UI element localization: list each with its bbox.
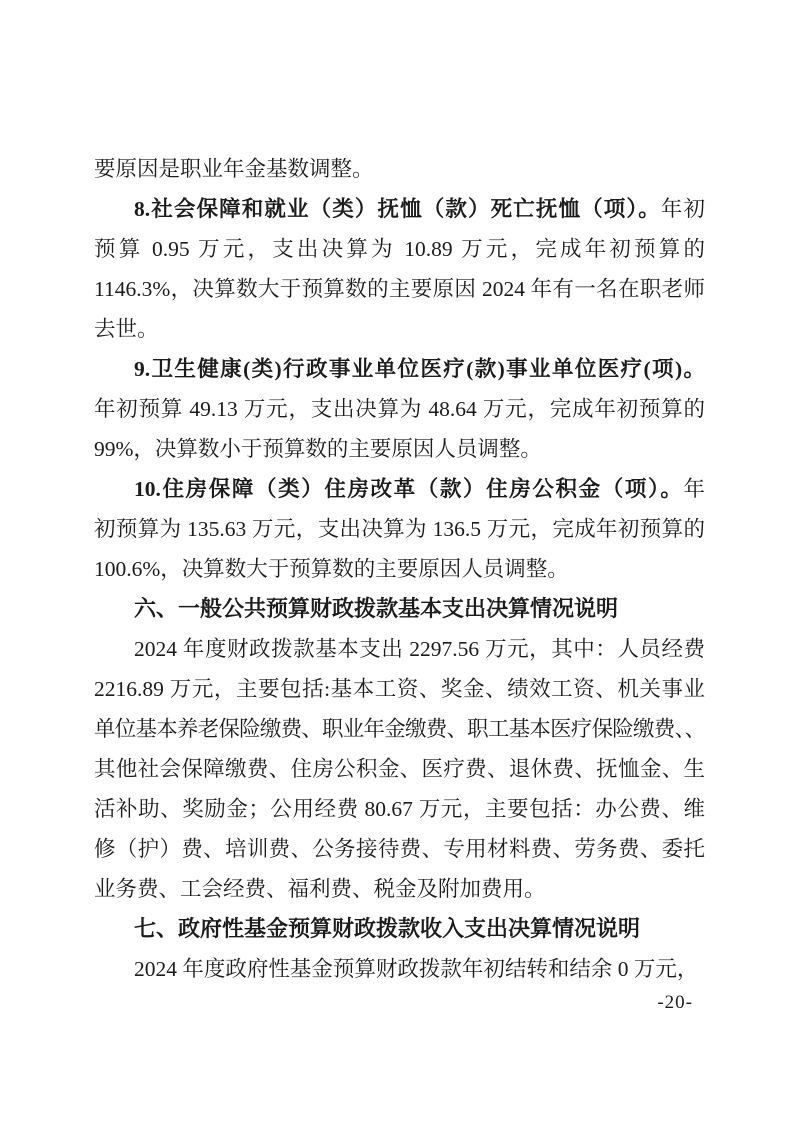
text-run: 年初 <box>661 197 705 221</box>
document-page: 要原因是职业年金基数调整。 8.社会保障和就业（类）抚恤（款）死亡抚恤（项）。年… <box>0 0 793 1122</box>
para-pension-adjustment-end-line: 要原因是职业年金基数调整。 <box>94 149 705 189</box>
page-body: 要原因是职业年金基数调整。 8.社会保障和就业（类）抚恤（款）死亡抚恤（项）。年… <box>94 149 705 989</box>
text-run: 去世。 <box>94 317 159 341</box>
section-7-heading-text: 七、政府性基金预算财政拨款收入支出决算情况说明 <box>134 916 640 941</box>
item-10-body-line: 初预算为 135.63 万元，支出决算为 136.5 万元，完成年初预算的 <box>94 509 705 549</box>
text-run: 活补助、奖励金；公用经费 80.67 万元，主要包括：办公费、维 <box>94 797 705 821</box>
item-9-heading-line: 9.卫生健康(类)行政事业单位医疗(款)事业单位医疗(项)。 <box>94 349 705 389</box>
section-6-heading: 六、一般公共预算财政拨款基本支出决算情况说明 <box>94 589 705 629</box>
section-6-body-line: 单位基本养老保险缴费、职业年金缴费、职工基本医疗保险缴费、、 <box>94 709 705 749</box>
section-7-body-line: 2024 年度政府性基金预算财政拨款年初结转和结余 0 万元， <box>94 949 705 989</box>
item-10-heading-bold: 10.住房保障（类）住房改革（款）住房公积金（项）。 <box>134 477 683 501</box>
text-run: 2024 年度财政拨款基本支出 2297.56 万元，其中：人员经费 <box>134 637 705 661</box>
item-10-body-line: 100.6%，决算数大于预算数的主要原因人员调整。 <box>94 549 705 589</box>
item-8-body-line: 预算 0.95 万元，支出决算为 10.89 万元，完成年初预算的 <box>94 229 705 269</box>
text-run: 1146.3%，决算数大于预算数的主要原因 2024 年有一名在职老师 <box>94 277 705 301</box>
text-run: 业务费、工会经费、福利费、税金及附加费用。 <box>94 877 546 901</box>
section-7-heading: 七、政府性基金预算财政拨款收入支出决算情况说明 <box>94 909 705 949</box>
item-9-heading-bold: 9.卫生健康(类)行政事业单位医疗(款)事业单位医疗(项)。 <box>134 357 705 381</box>
section-6-heading-text: 六、一般公共预算财政拨款基本支出决算情况说明 <box>134 596 618 621</box>
text-run: 99%，决算数小于预算数的主要原因人员调整。 <box>94 437 542 461</box>
text-run: 2216.89 万元，主要包括:基本工资、奖金、绩效工资、机关事业 <box>94 677 705 701</box>
text-run: 预算 0.95 万元，支出决算为 10.89 万元，完成年初预算的 <box>94 237 705 261</box>
text-run: 年 <box>683 477 705 501</box>
text-run: 年初预算 49.13 万元，支出决算为 48.64 万元，完成年初预算的 <box>94 397 705 421</box>
item-9-body-line: 年初预算 49.13 万元，支出决算为 48.64 万元，完成年初预算的 <box>94 389 705 429</box>
section-6-body-line: 2216.89 万元，主要包括:基本工资、奖金、绩效工资、机关事业 <box>94 669 705 709</box>
text-run: 修（护）费、培训费、公务接待费、专用材料费、劳务费、委托 <box>94 837 705 861</box>
section-6-body-line: 2024 年度财政拨款基本支出 2297.56 万元，其中：人员经费 <box>94 629 705 669</box>
item-8-body-line: 1146.3%，决算数大于预算数的主要原因 2024 年有一名在职老师 <box>94 269 705 309</box>
section-6-body-line: 活补助、奖励金；公用经费 80.67 万元，主要包括：办公费、维 <box>94 789 705 829</box>
item-10-heading-line: 10.住房保障（类）住房改革（款）住房公积金（项）。年 <box>94 469 705 509</box>
page-number: -20- <box>657 992 693 1014</box>
text-run: 其他社会保障缴费、住房公积金、医疗费、退休费、抚恤金、生 <box>94 757 705 781</box>
item-8-heading-line: 8.社会保障和就业（类）抚恤（款）死亡抚恤（项）。年初 <box>94 189 705 229</box>
section-6-body-line: 业务费、工会经费、福利费、税金及附加费用。 <box>94 869 705 909</box>
text-run: 100.6%，决算数大于预算数的主要原因人员调整。 <box>94 557 569 581</box>
section-6-body-line: 修（护）费、培训费、公务接待费、专用材料费、劳务费、委托 <box>94 829 705 869</box>
item-9-body-line: 99%，决算数小于预算数的主要原因人员调整。 <box>94 429 705 469</box>
item-8-heading-bold: 8.社会保障和就业（类）抚恤（款）死亡抚恤（项）。 <box>134 197 661 221</box>
text-run: 单位基本养老保险缴费、职业年金缴费、职工基本医疗保险缴费、、 <box>94 717 705 741</box>
section-6-body-line: 其他社会保障缴费、住房公积金、医疗费、退休费、抚恤金、生 <box>94 749 705 789</box>
text-run: 2024 年度政府性基金预算财政拨款年初结转和结余 0 万元， <box>134 957 698 981</box>
text-run: 初预算为 135.63 万元，支出决算为 136.5 万元，完成年初预算的 <box>94 517 705 541</box>
text-run: 要原因是职业年金基数调整。 <box>94 157 374 181</box>
item-8-body-line: 去世。 <box>94 309 705 349</box>
